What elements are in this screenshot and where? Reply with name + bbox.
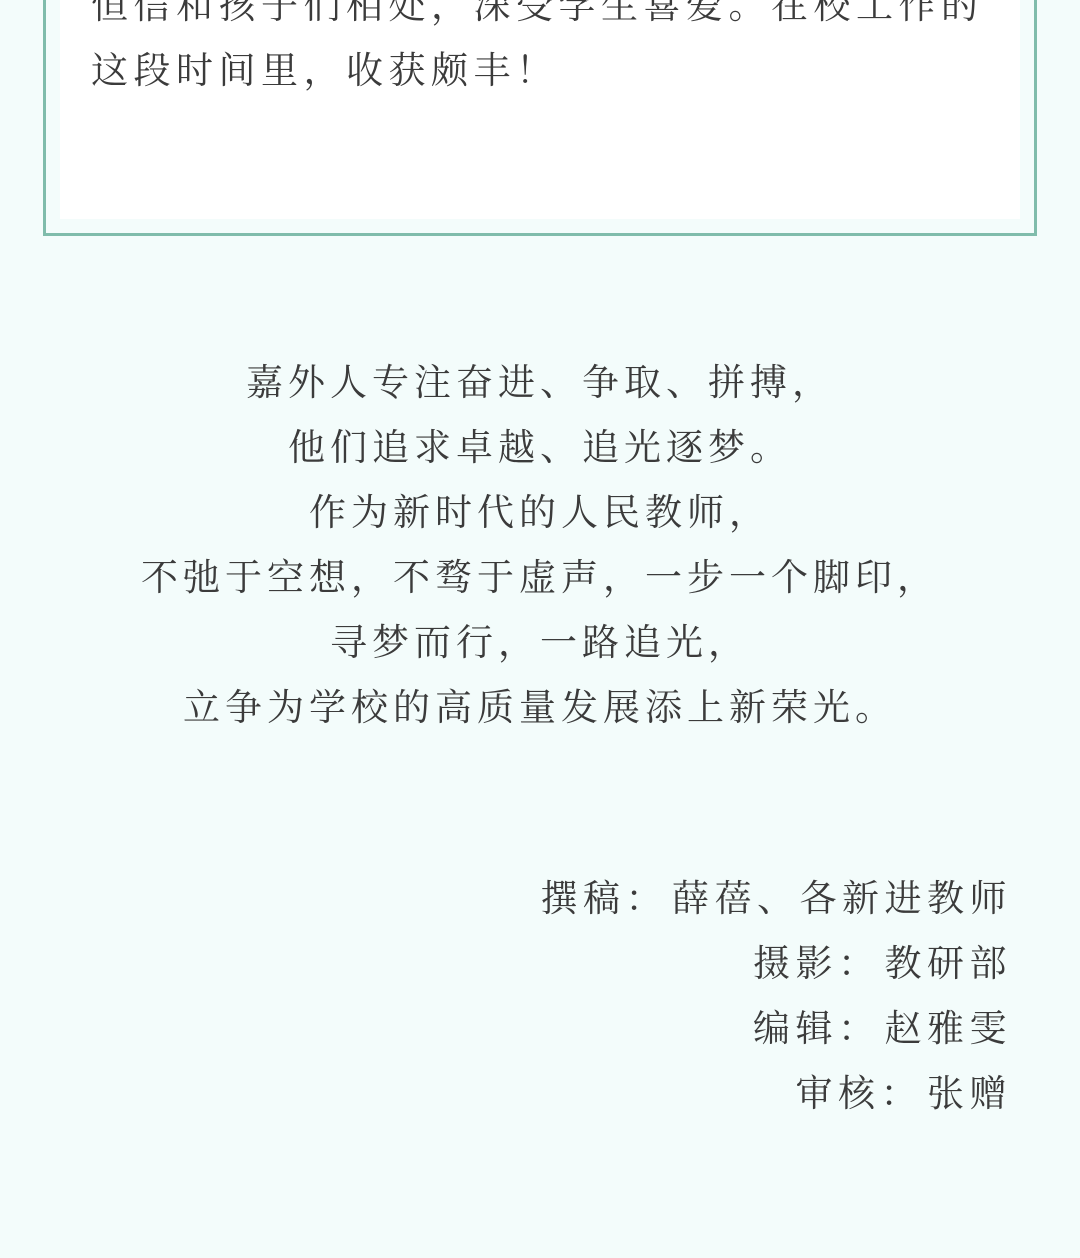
poem-line: 嘉外人专注奋进、争取、拼搏， <box>0 350 1080 415</box>
poem-line: 寻梦而行，一路追光， <box>0 610 1080 675</box>
credit-writer: 撰稿：薛蓓、各新进教师 <box>541 866 1013 931</box>
credit-editor: 编辑：赵雅雯 <box>541 996 1013 1061</box>
closing-poem: 嘉外人专注奋进、争取、拼搏， 他们追求卓越、追光逐梦。 作为新时代的人民教师， … <box>0 350 1080 740</box>
poem-line: 不弛于空想，不骛于虚声，一步一个脚印， <box>0 545 1080 610</box>
credit-label: 摄影： <box>753 942 881 985</box>
credit-label: 撰稿： <box>541 877 669 920</box>
credit-value: 薛蓓、各新进教师 <box>672 877 1012 920</box>
credit-value: 教研部 <box>885 942 1013 985</box>
credit-value: 赵雅雯 <box>885 1007 1013 1050</box>
poem-line: 作为新时代的人民教师， <box>0 480 1080 545</box>
credit-label: 编辑： <box>753 1007 881 1050</box>
credit-value: 张赠 <box>927 1072 1012 1115</box>
poem-line: 立争为学校的高质量发展添上新荣光。 <box>0 675 1080 740</box>
article-paragraph-card: 恒信和孩子们相处，深受学生喜爱。在校工作的这段时间里，收获颇丰！ <box>43 0 1037 236</box>
article-credits: 撰稿：薛蓓、各新进教师 摄影：教研部 编辑：赵雅雯 审核：张赠 <box>541 866 1013 1126</box>
credit-reviewer: 审核：张赠 <box>541 1061 1013 1126</box>
poem-line: 他们追求卓越、追光逐梦。 <box>0 415 1080 480</box>
card-paragraph: 恒信和孩子们相处，深受学生喜爱。在校工作的这段时间里，收获颇丰！ <box>91 0 1011 103</box>
card-inner-panel: 恒信和孩子们相处，深受学生喜爱。在校工作的这段时间里，收获颇丰！ <box>60 0 1020 219</box>
credit-photography: 摄影：教研部 <box>541 931 1013 996</box>
credit-label: 审核： <box>796 1072 924 1115</box>
